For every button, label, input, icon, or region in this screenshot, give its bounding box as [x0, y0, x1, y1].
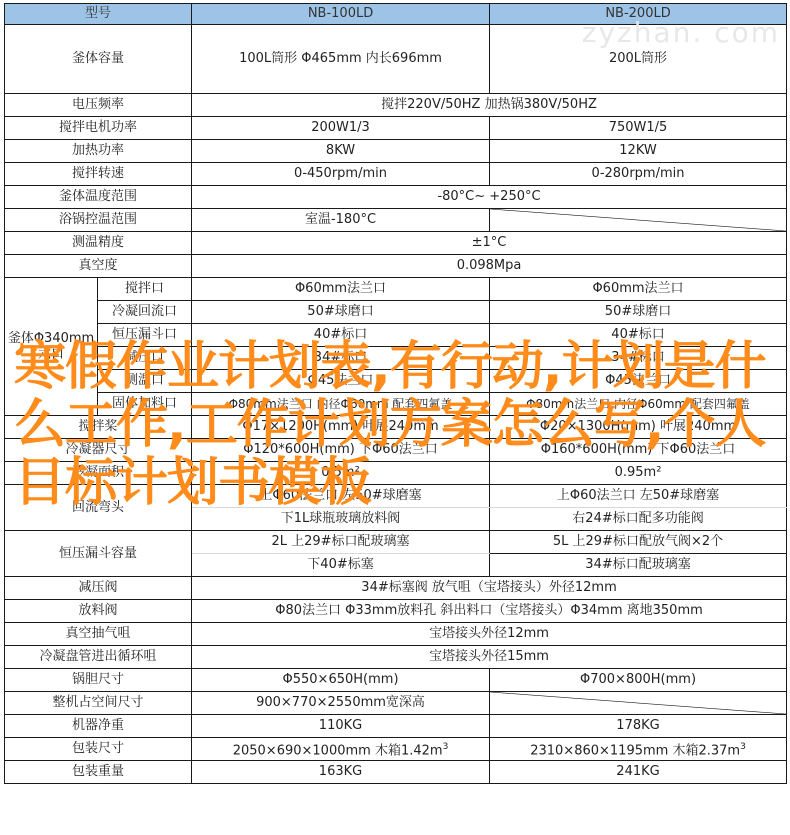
- cell-ab: 宝塔接头外径15mm: [192, 646, 787, 669]
- row-label: 真空抽气咀: [5, 623, 192, 646]
- table-row: 冷凝器尺寸 Φ120*600H(mm) 下Φ60法兰口 Φ160*600H(mm…: [5, 439, 787, 462]
- cell-b: 上Φ60法兰口 左50#球磨塞: [490, 485, 787, 508]
- cell-ab: ±1°C: [192, 232, 787, 255]
- cell-b: Φ60mm法兰口: [490, 278, 787, 301]
- port-label: 恒压漏斗口: [98, 324, 192, 347]
- row-label: 包装重量: [5, 761, 192, 784]
- table-row: 整机占空间尺寸 900×770×2550mm宽深高: [5, 692, 787, 715]
- table-row: 加热功率 8KW 12KW: [5, 140, 787, 163]
- table-row: 搅拌转速 0-450rpm/min 0-280rpm/min: [5, 163, 787, 186]
- cell-ab: 0.098Mpa: [192, 255, 787, 278]
- pack-size-b: 2310×860×1195mm 木箱2.37m: [530, 743, 740, 758]
- cell-a: Φ17×1200H(mm) 叶展240mm: [192, 416, 490, 439]
- cell-a: Φ60mm法兰口: [192, 278, 490, 301]
- row-label: 放料阀: [5, 600, 192, 623]
- spec-table: 型号 NB-100LD NB-200LD 釜体容量 100L筒形 Φ465mm …: [4, 3, 787, 784]
- cell-ab: 34#标塞阀 放气咀（宝塔接头）外径12mm: [192, 577, 787, 600]
- table-row: 恒压漏斗容量 2L 上29#标口配玻璃塞 5L 上29#标口配放气阀×2个: [5, 531, 787, 554]
- table-row: 真空抽气咀 宝塔接头外径12mm: [5, 623, 787, 646]
- cell-a: 200W1/3: [192, 117, 490, 140]
- cell-a: Φ120*600H(mm) 下Φ60法兰口: [192, 439, 490, 462]
- table-row: 减压阀 34#标塞阀 放气咀（宝塔接头）外径12mm: [5, 577, 787, 600]
- cell-b: 0-280rpm/min: [490, 163, 787, 186]
- cell-a: 2L 上29#标口配玻璃塞: [192, 531, 490, 554]
- cell-a: 163KG: [192, 761, 490, 784]
- row-label: 包装尺寸: [5, 738, 192, 761]
- row-label: 减压阀: [5, 577, 192, 600]
- table-row: 回流弯头 上Φ60法兰口 左50#球磨塞 上Φ60法兰口 左50#球磨塞: [5, 485, 787, 508]
- cell-a: 34#标口: [192, 347, 490, 370]
- cell-b: Φ700×800H(mm): [490, 669, 787, 692]
- cell-b: 5L 上29#标口配放气阀×2个: [490, 531, 787, 554]
- cell-ab: 宝塔接头外径12mm: [192, 623, 787, 646]
- table-row: 包装重量 163KG 241KG: [5, 761, 787, 784]
- row-label: 测温精度: [5, 232, 192, 255]
- cell-b: 右24#标口配多功能阀: [490, 508, 787, 531]
- cell-b: 34#标口配玻璃塞: [490, 554, 787, 577]
- row-label: 搅拌电机功率: [5, 117, 192, 140]
- cell-a: 50#球磨口: [192, 301, 490, 324]
- cell-a: 下40#标塞: [192, 554, 490, 577]
- cell-a: Φ80mm法兰口 内径Φ60mm 配套四氟盖: [192, 393, 490, 416]
- table-row: 釜体Φ340mm六口 搅拌口 Φ60mm法兰口 Φ60mm法兰口: [5, 278, 787, 301]
- table-row: 真空度 0.098Mpa: [5, 255, 787, 278]
- cell-a: 下1L球瓶玻璃放料阀: [192, 508, 490, 531]
- table-row: 包装尺寸 2050×690×1000mm 木箱1.42m3 2310×860×1…: [5, 738, 787, 761]
- watermark: zyzhan. com: [582, 16, 780, 49]
- header-label: 型号: [5, 4, 192, 25]
- cell-a: 室温-180°C: [192, 209, 490, 232]
- ports-group-label: 釜体Φ340mm六口: [5, 278, 98, 416]
- cell-a: 110KG: [192, 715, 490, 738]
- port-label: 冷凝回流口: [98, 301, 192, 324]
- row-label: 机器净重: [5, 715, 192, 738]
- row-label: 电压频率: [5, 94, 192, 117]
- row-label: 浴锅控温范围: [5, 209, 192, 232]
- row-label: 整机占空间尺寸: [5, 692, 192, 715]
- cell-b: Φ160*600H(mm) 下Φ60法兰口: [490, 439, 787, 462]
- cell-b: 12KW: [490, 140, 787, 163]
- cell-a: 2050×690×1000mm 木箱1.42m3: [192, 738, 490, 761]
- table-row: 测温口 Φ45法兰口 Φ45法兰口: [5, 370, 787, 393]
- table-row: 锅胆尺寸 Φ550×650H(mm) Φ700×800H(mm): [5, 669, 787, 692]
- cell-b: Φ20×1300H(mm) 叶展240mm: [490, 416, 787, 439]
- row-label: 冷凝盘管进出循环咀: [5, 646, 192, 669]
- table-row: 冷凝盘管进出循环咀 宝塔接头外径15mm: [5, 646, 787, 669]
- empty-diagonal-cell: [490, 692, 787, 715]
- table-row: 搅拌电机功率 200W1/3 750W1/5: [5, 117, 787, 140]
- cell-a: Φ550×650H(mm): [192, 669, 490, 692]
- cell-ab: 搅拌220V/50HZ 加热锅380V/50HZ: [192, 94, 787, 117]
- cell-a: 900×770×2550mm宽深高: [192, 692, 490, 715]
- table-row: 机器净重 110KG 178KG: [5, 715, 787, 738]
- cell-b: 178KG: [490, 715, 787, 738]
- row-label: 釜体温度范围: [5, 186, 192, 209]
- cell-a: 0.5m²: [192, 462, 490, 485]
- table-row: 固体加料口 Φ80mm法兰口 内径Φ60mm 配套四氟盖 Φ80mm法兰口 内径…: [5, 393, 787, 416]
- table-row: 测温精度 ±1°C: [5, 232, 787, 255]
- row-label: 冷凝器尺寸: [5, 439, 192, 462]
- cell-b: Φ45法兰口: [490, 370, 787, 393]
- row-label: 真空度: [5, 255, 192, 278]
- row-label: 冷凝面积: [5, 462, 192, 485]
- pack-size-a: 2050×690×1000mm 木箱1.42m: [233, 743, 443, 758]
- cell-b: 40#标口: [490, 324, 787, 347]
- port-label: 固体加料口: [98, 393, 192, 416]
- cell-b: 241KG: [490, 761, 787, 784]
- port-label: 搅拌口: [98, 278, 192, 301]
- row-label: 釜体容量: [5, 25, 192, 94]
- table-row: 冷凝面积 0.5m² 0.95m²: [5, 462, 787, 485]
- row-label: 回流弯头: [5, 485, 192, 531]
- cell-a: 8KW: [192, 140, 490, 163]
- cell-b: 2310×860×1195mm 木箱2.37m3: [490, 738, 787, 761]
- empty-diagonal-cell: [490, 209, 787, 232]
- row-label: 恒压漏斗容量: [5, 531, 192, 577]
- table-row: 电压频率 搅拌220V/50HZ 加热锅380V/50HZ: [5, 94, 787, 117]
- table-row: 釜体温度范围 -80°C~ +250°C: [5, 186, 787, 209]
- cell-b: 50#球磨口: [490, 301, 787, 324]
- cell-a: 0-450rpm/min: [192, 163, 490, 186]
- superscript: 3: [443, 742, 449, 752]
- cell-a: Φ45法兰口: [192, 370, 490, 393]
- table-row: 放料阀 Φ80法兰口 Φ33mm放料孔 斜出料口（宝塔接头）Φ34mm 离地35…: [5, 600, 787, 623]
- cell-a: 40#标口: [192, 324, 490, 347]
- cell-ab: Φ80法兰口 Φ33mm放料孔 斜出料口（宝塔接头）Φ34mm 离地350mm: [192, 600, 787, 623]
- row-label: 搅拌桨: [5, 416, 192, 439]
- port-label: 减压口: [98, 347, 192, 370]
- superscript: 3: [740, 742, 746, 752]
- cell-b: 34#标口: [490, 347, 787, 370]
- table-row: 减压口 34#标口 34#标口: [5, 347, 787, 370]
- cell-ab: -80°C~ +250°C: [192, 186, 787, 209]
- cell-b: 750W1/5: [490, 117, 787, 140]
- table-row: 浴锅控温范围 室温-180°C: [5, 209, 787, 232]
- row-label: 搅拌转速: [5, 163, 192, 186]
- table-row: 冷凝回流口 50#球磨口 50#球磨口: [5, 301, 787, 324]
- cell-a: 100L筒形 Φ465mm 内长696mm: [192, 25, 490, 94]
- cell-a: 上Φ60法兰口 左50#球磨塞: [192, 485, 490, 508]
- cell-b: Φ80mm法兰口 内径Φ60mm 配套四氟盖: [490, 393, 787, 416]
- table-row: 恒压漏斗口 40#标口 40#标口: [5, 324, 787, 347]
- row-label: 加热功率: [5, 140, 192, 163]
- cell-b: 0.95m²: [490, 462, 787, 485]
- table-row: 搅拌桨 Φ17×1200H(mm) 叶展240mm Φ20×1300H(mm) …: [5, 416, 787, 439]
- header-model-a: NB-100LD: [192, 4, 490, 25]
- row-label: 锅胆尺寸: [5, 669, 192, 692]
- port-label: 测温口: [98, 370, 192, 393]
